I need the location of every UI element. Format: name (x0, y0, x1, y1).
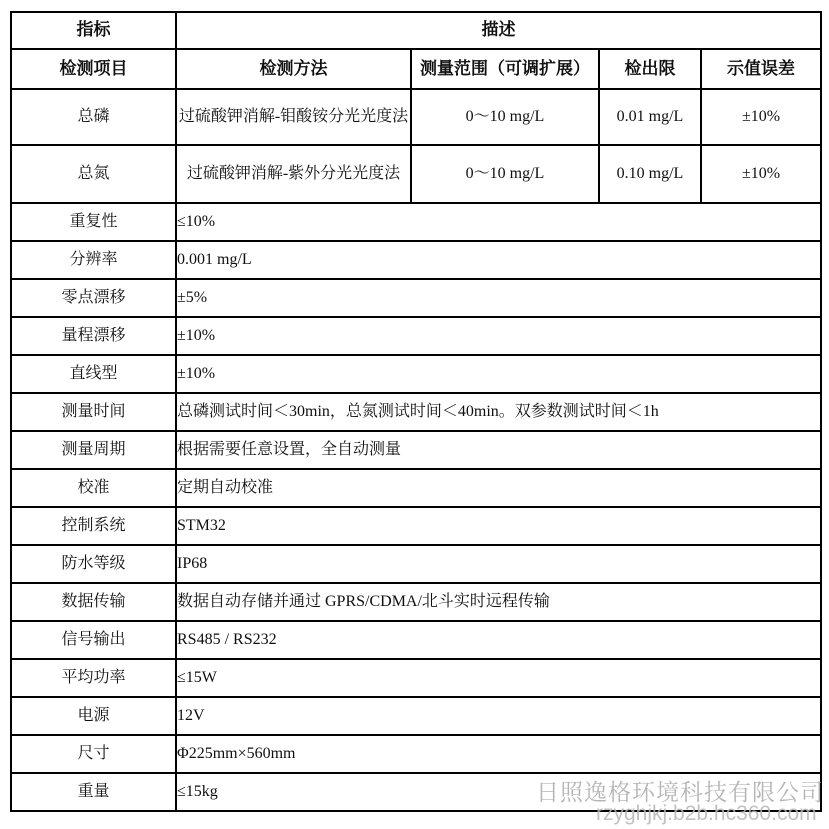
spec-label-cell: 平均功率 (11, 659, 176, 697)
spec-value-cell: 总磷测试时间＜30min，总氮测试时间＜40min。双参数测试时间＜1h (176, 393, 821, 431)
spec-row-waterproof-rating: 防水等级 IP68 (11, 545, 821, 583)
spec-row-average-power: 平均功率 ≤15W (11, 659, 821, 697)
spec-label-cell: 重量 (11, 773, 176, 811)
spec-value-cell: ≤10% (176, 203, 821, 241)
spec-label-cell: 分辨率 (11, 241, 176, 279)
param-method-cell: 过硫酸钾消解-紫外分光光度法 (176, 145, 411, 203)
param-row-total-nitrogen: 总氮 过硫酸钾消解-紫外分光光度法 0～10 mg/L 0.10 mg/L ±1… (11, 145, 821, 203)
spec-value-cell: RS485 / RS232 (176, 621, 821, 659)
spec-row-calibration: 校准 定期自动校准 (11, 469, 821, 507)
spec-row-repeatability: 重复性 ≤10% (11, 203, 821, 241)
spec-value-cell: Φ225mm×560mm (176, 735, 821, 773)
spec-label-cell: 数据传输 (11, 583, 176, 621)
spec-value-cell: 0.001 mg/L (176, 241, 821, 279)
col-header-detection-limit: 检出限 (599, 49, 701, 89)
col-header-method: 检测方法 (176, 49, 411, 89)
spec-label-cell: 量程漂移 (11, 317, 176, 355)
spec-value-cell: ≤15W (176, 659, 821, 697)
spec-sheet-page: 指标 描述 检测项目 检测方法 测量范围（可调扩展） 检出限 示值误差 总磷 过… (0, 0, 829, 829)
spec-label-cell: 控制系统 (11, 507, 176, 545)
col-header-error: 示值误差 (701, 49, 821, 89)
param-name-cell: 总氮 (11, 145, 176, 203)
spec-row-power-supply: 电源 12V (11, 697, 821, 735)
param-row-total-phosphorus: 总磷 过硫酸钾消解-钼酸铵分光光度法 0～10 mg/L 0.01 mg/L ±… (11, 89, 821, 145)
param-detection-limit-cell: 0.10 mg/L (599, 145, 701, 203)
header-row-indicator: 指标 描述 (11, 12, 821, 49)
param-name-cell: 总磷 (11, 89, 176, 145)
spec-row-measure-cycle: 测量周期 根据需要任意设置，全自动测量 (11, 431, 821, 469)
spec-row-measure-time: 测量时间 总磷测试时间＜30min，总氮测试时间＜40min。双参数测试时间＜1… (11, 393, 821, 431)
spec-value-cell: IP68 (176, 545, 821, 583)
spec-row-span-drift: 量程漂移 ±10% (11, 317, 821, 355)
param-range-cell: 0～10 mg/L (411, 89, 599, 145)
spec-label-cell: 校准 (11, 469, 176, 507)
spec-label-cell: 测量时间 (11, 393, 176, 431)
spec-value-cell: ±10% (176, 355, 821, 393)
spec-label-cell: 直线型 (11, 355, 176, 393)
spec-row-resolution: 分辨率 0.001 mg/L (11, 241, 821, 279)
description-header-cell: 描述 (176, 12, 821, 49)
spec-row-signal-output: 信号输出 RS485 / RS232 (11, 621, 821, 659)
param-method-cell: 过硫酸钾消解-钼酸铵分光光度法 (176, 89, 411, 145)
spec-value-cell: 12V (176, 697, 821, 735)
spec-value-cell: 定期自动校准 (176, 469, 821, 507)
spec-value-cell: ±5% (176, 279, 821, 317)
param-error-cell: ±10% (701, 89, 821, 145)
spec-label-cell: 重复性 (11, 203, 176, 241)
spec-label-cell: 电源 (11, 697, 176, 735)
header-row-columns: 检测项目 检测方法 测量范围（可调扩展） 检出限 示值误差 (11, 49, 821, 89)
spec-label-cell: 零点漂移 (11, 279, 176, 317)
spec-row-zero-drift: 零点漂移 ±5% (11, 279, 821, 317)
spec-label-cell: 尺寸 (11, 735, 176, 773)
spec-value-cell: ≤15kg (176, 773, 821, 811)
spec-row-weight: 重量 ≤15kg (11, 773, 821, 811)
spec-label-cell: 测量周期 (11, 431, 176, 469)
spec-value-cell: ±10% (176, 317, 821, 355)
indicator-header-cell: 指标 (11, 12, 176, 49)
spec-value-cell: STM32 (176, 507, 821, 545)
spec-row-data-transmission: 数据传输 数据自动存储并通过 GPRS/CDMA/北斗实时远程传输 (11, 583, 821, 621)
spec-row-control-system: 控制系统 STM32 (11, 507, 821, 545)
spec-label-cell: 防水等级 (11, 545, 176, 583)
param-range-cell: 0～10 mg/L (411, 145, 599, 203)
spec-row-linearity: 直线型 ±10% (11, 355, 821, 393)
spec-table: 指标 描述 检测项目 检测方法 测量范围（可调扩展） 检出限 示值误差 总磷 过… (10, 11, 822, 812)
param-error-cell: ±10% (701, 145, 821, 203)
spec-value-cell: 数据自动存储并通过 GPRS/CDMA/北斗实时远程传输 (176, 583, 821, 621)
spec-value-cell: 根据需要任意设置，全自动测量 (176, 431, 821, 469)
col-header-item: 检测项目 (11, 49, 176, 89)
param-detection-limit-cell: 0.01 mg/L (599, 89, 701, 145)
col-header-range: 测量范围（可调扩展） (411, 49, 599, 89)
spec-label-cell: 信号输出 (11, 621, 176, 659)
spec-row-dimensions: 尺寸 Φ225mm×560mm (11, 735, 821, 773)
